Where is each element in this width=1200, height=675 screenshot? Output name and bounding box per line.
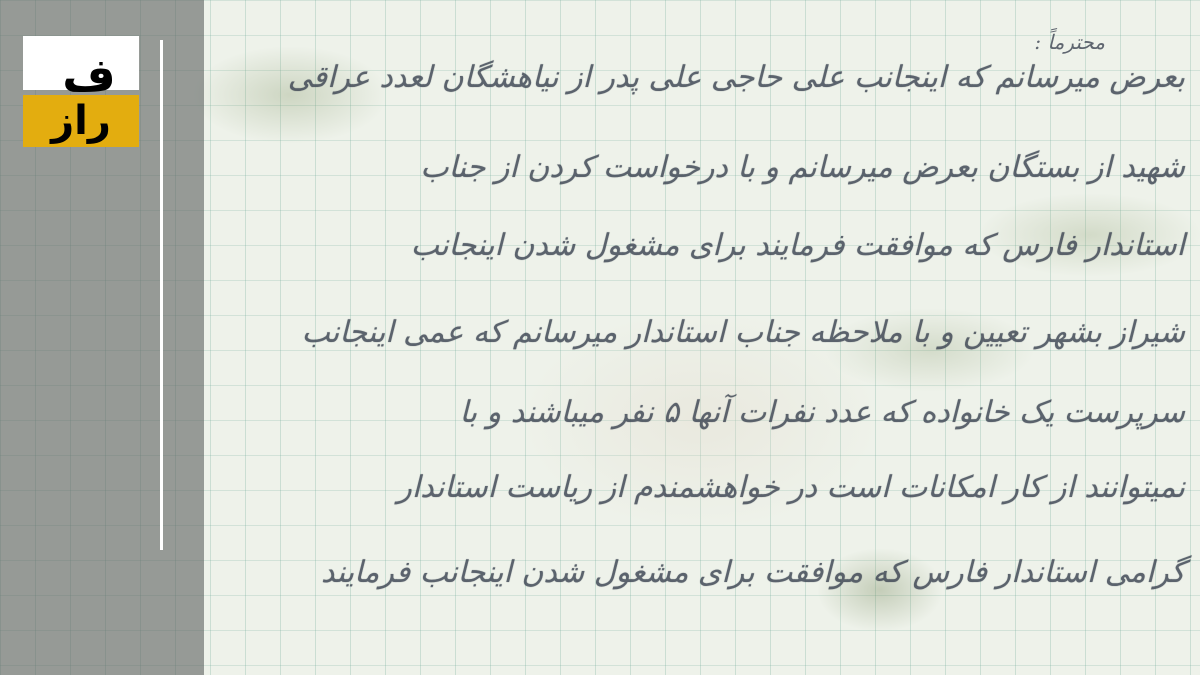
letter-line: بعرض میرسانم که اینجانب علی حاجی علی پدر… [288, 60, 1185, 95]
letter-line: سرپرست یک خانواده که عدد نفرات آنها ۵ نف… [460, 395, 1185, 430]
letter-line: استاندار فارس که موافقت فرمایند برای مشغ… [411, 228, 1185, 263]
logo-top-block: ف [23, 36, 139, 90]
logo-bottom-block: راز [23, 95, 139, 147]
letter-salutation: محترماً : [1034, 30, 1105, 54]
brand-logo: ف راز [23, 36, 139, 147]
logo-bottom-text: راز [51, 98, 111, 144]
logo-top-letter: ف [62, 52, 115, 98]
letter-line: شیراز بشهر تعیین و با ملاحظه جناب استاند… [302, 315, 1185, 350]
letter-line: نمیتوانند از کار امکانات است در خواهشمند… [397, 470, 1185, 505]
letter-line: گرامی استاندار فارس که موافقت برای مشغول… [321, 555, 1185, 590]
letter-line: شهید از بستگان بعرض میرسانم و با درخواست… [420, 150, 1185, 185]
vertical-divider [160, 40, 163, 550]
